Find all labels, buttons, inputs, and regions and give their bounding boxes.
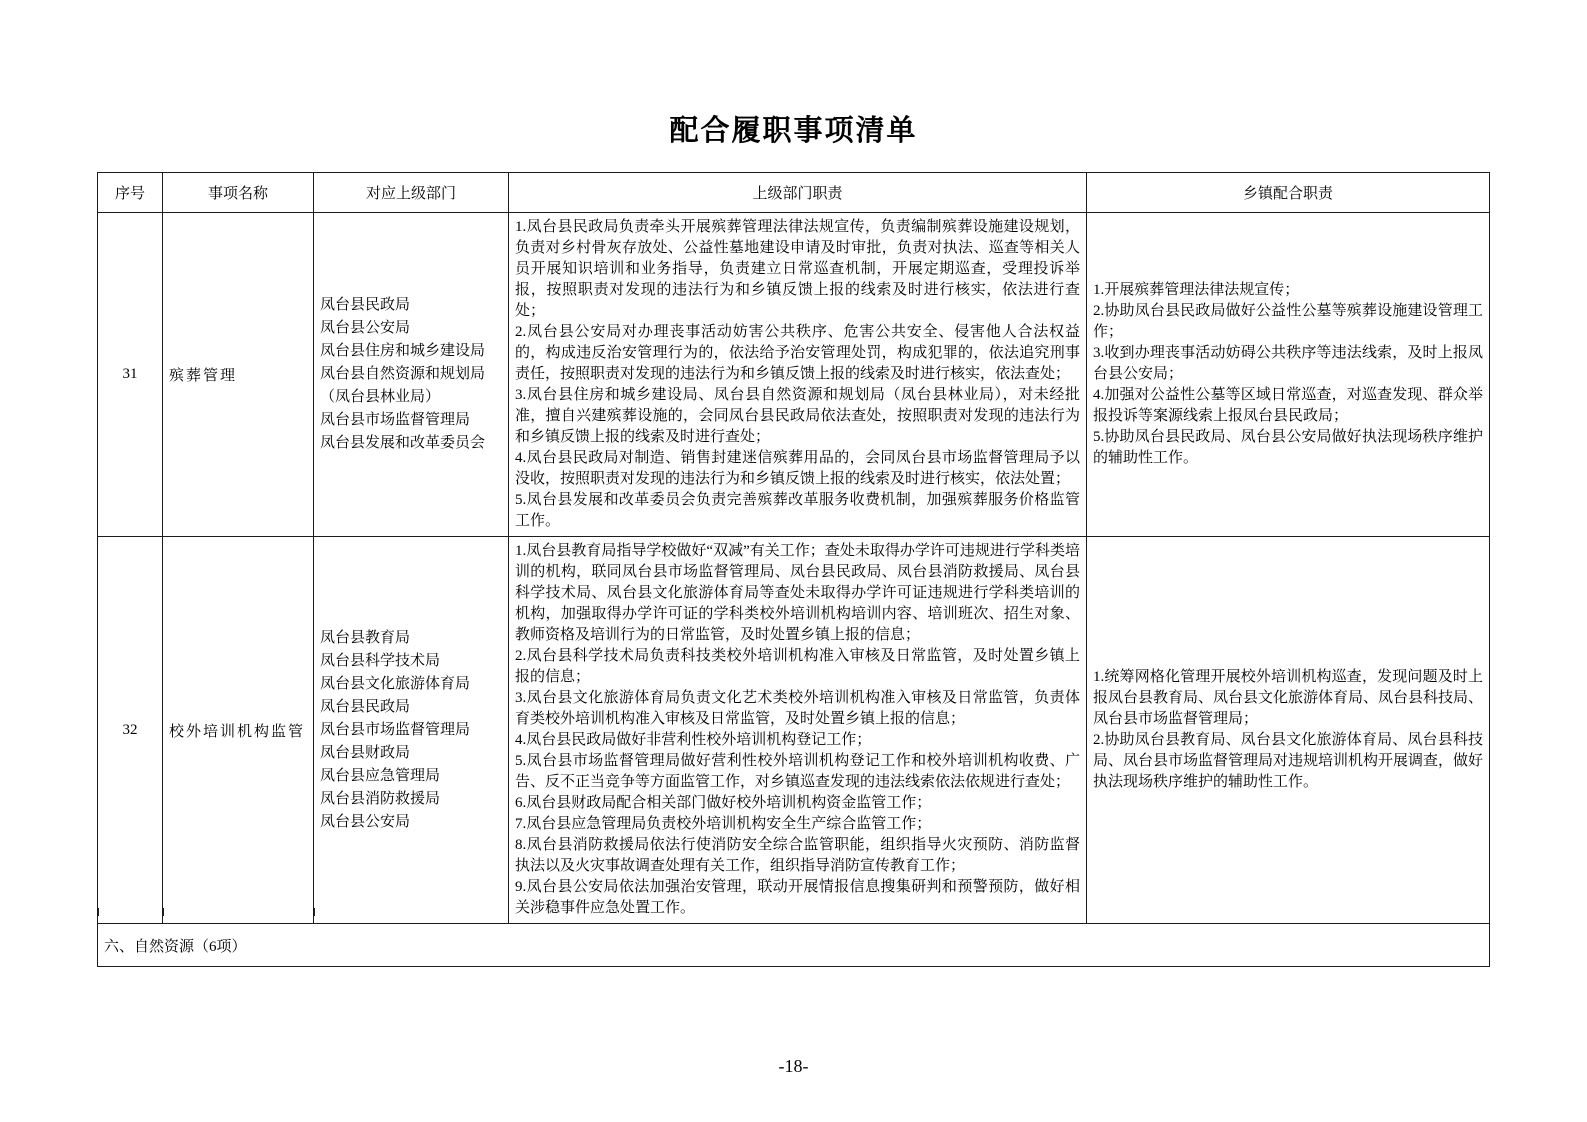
- col-header-seq: 序号: [98, 173, 163, 213]
- row-31-superior-duties: 1.凤台县民政局负责牵头开展殡葬管理法律法规宣传，负责编制殡葬设施建设规划，负责…: [509, 213, 1087, 537]
- col-header-superior-departments: 对应上级部门: [314, 173, 509, 213]
- document-page: 配合履职事项清单 序号 事项名称 对应上级部门 上级部门职责 乡镇配合职责 31…: [0, 0, 1587, 1122]
- page-title: 配合履职事项清单: [0, 108, 1587, 149]
- duty-table: 序号 事项名称 对应上级部门 上级部门职责 乡镇配合职责 31 殡葬管理 凤台县…: [97, 172, 1490, 967]
- page-break-border-stub: [313, 908, 315, 916]
- table-row-31: 31 殡葬管理 凤台县民政局 凤台县公安局 凤台县住房和城乡建设局 凤台县自然资…: [98, 213, 1490, 537]
- page-number: -18-: [0, 1056, 1587, 1077]
- section-footer-row: 六、自然资源（6项）: [98, 924, 1490, 967]
- row-31-seq: 31: [98, 213, 163, 537]
- page-break-border-stub: [162, 908, 164, 916]
- col-header-superior-duties: 上级部门职责: [509, 173, 1087, 213]
- row-32-departments: 凤台县教育局 凤台县科学技术局 凤台县文化旅游体育局 凤台县民政局 凤台县市场监…: [314, 537, 509, 924]
- row-32-item-name: 校外培训机构监管: [163, 537, 314, 924]
- table-row-32: 32 校外培训机构监管 凤台县教育局 凤台县科学技术局 凤台县文化旅游体育局 凤…: [98, 537, 1490, 924]
- row-32-township-duties: 1.统筹网格化管理开展校外培训机构巡查，发现问题及时上报凤台县教育局、凤台县文化…: [1087, 537, 1490, 924]
- col-header-township-duties: 乡镇配合职责: [1087, 173, 1490, 213]
- row-32-superior-duties: 1.凤台县教育局指导学校做好“双减”有关工作；查处未取得办学许可违规进行学科类培…: [509, 537, 1087, 924]
- row-31-departments: 凤台县民政局 凤台县公安局 凤台县住房和城乡建设局 凤台县自然资源和规划局（凤台…: [314, 213, 509, 537]
- table-header-row: 序号 事项名称 对应上级部门 上级部门职责 乡镇配合职责: [98, 173, 1490, 213]
- section-footer-label: 六、自然资源（6项）: [98, 924, 1490, 967]
- row-32-seq: 32: [98, 537, 163, 924]
- row-31-item-name: 殡葬管理: [163, 213, 314, 537]
- page-break-border-stub: [97, 908, 99, 916]
- col-header-item-name: 事项名称: [163, 173, 314, 213]
- row-31-township-duties: 1.开展殡葬管理法律法规宣传； 2.协助凤台县民政局做好公益性公墓等殡葬设施建设…: [1087, 213, 1490, 537]
